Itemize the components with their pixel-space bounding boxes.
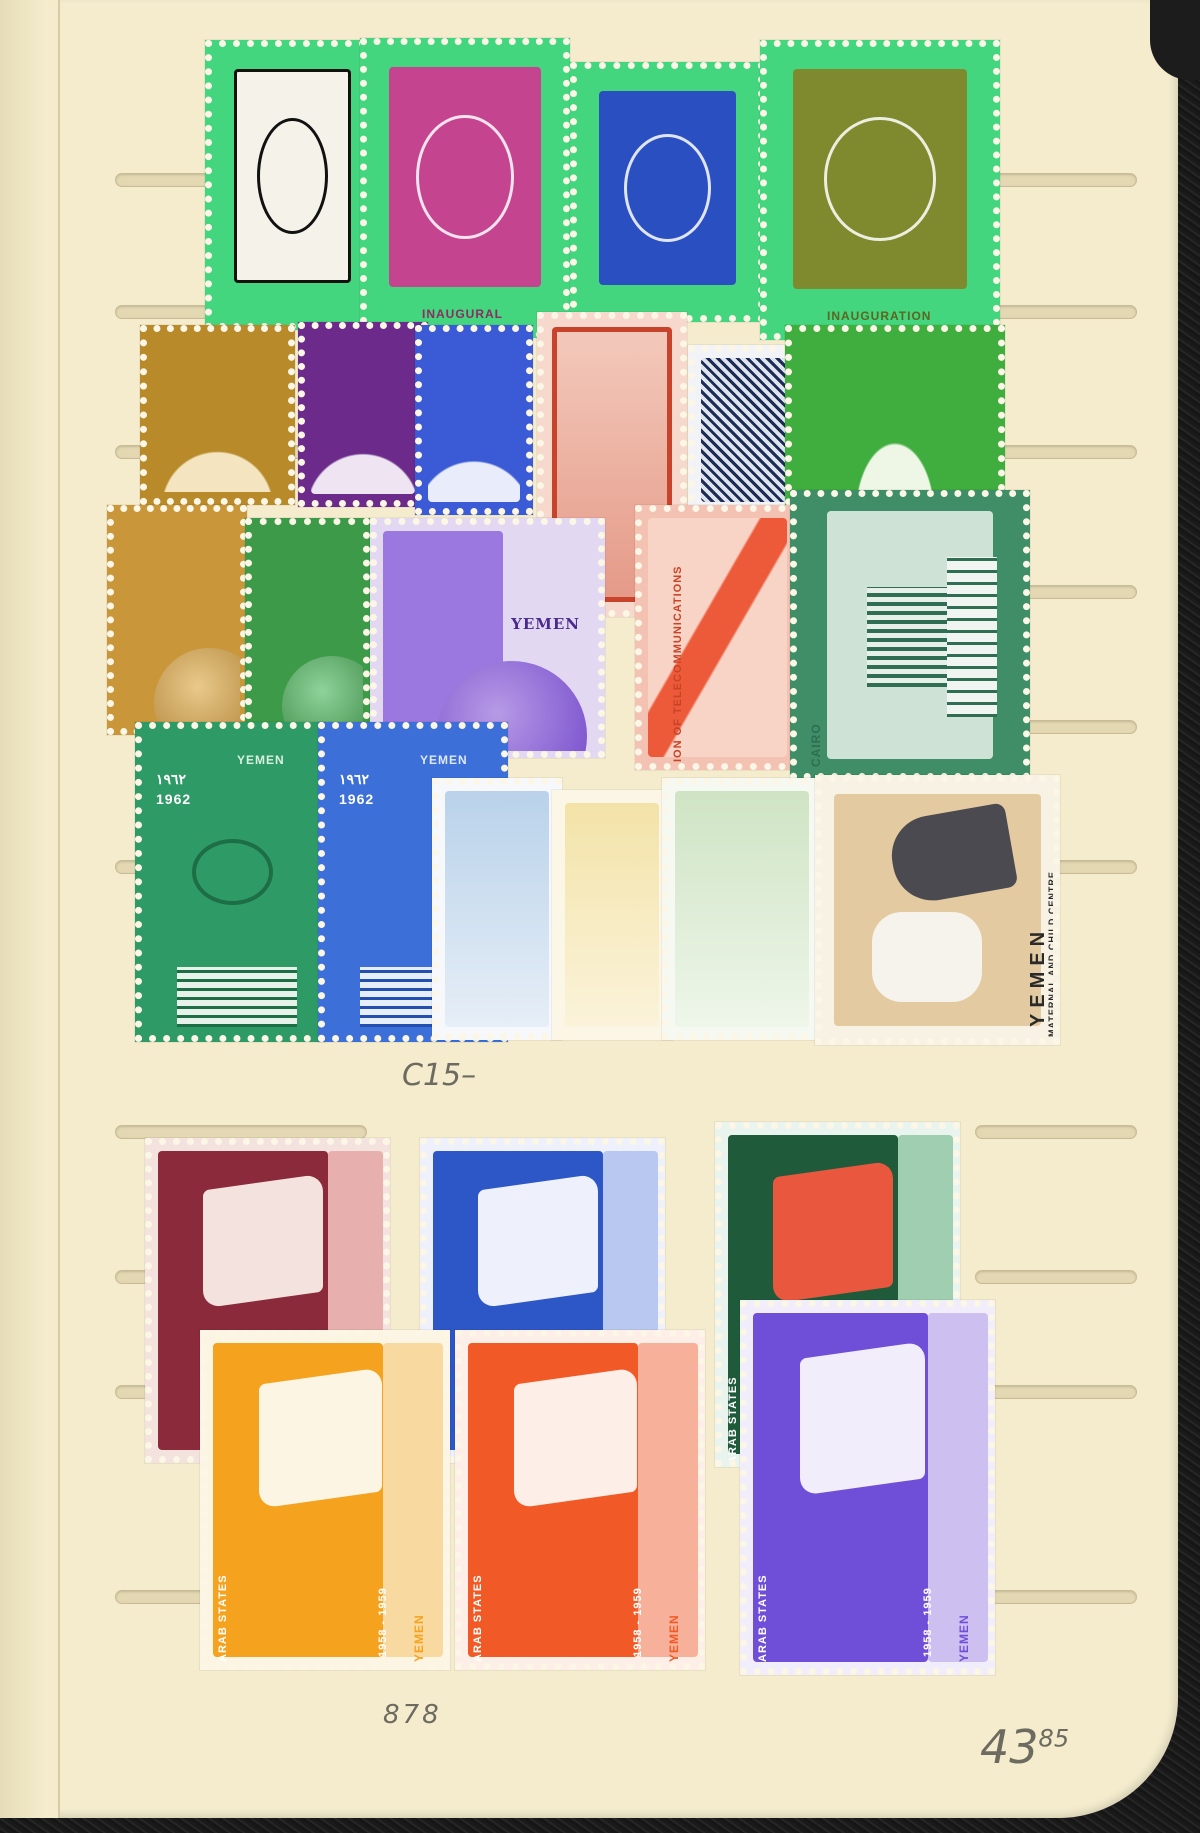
stamp-subcaption: MATERNAL AND CHILD CENTRE <box>1047 871 1057 1037</box>
stamp-inauguration-black <box>205 40 380 330</box>
mount-slot <box>115 1125 367 1139</box>
stamp-country-yemen: YEMEN <box>511 615 580 633</box>
stamp-arabesque-ochre <box>140 325 295 505</box>
stamp-inauguration-blue <box>570 62 765 322</box>
pencil-catalog-ref: C15– <box>402 1058 476 1093</box>
stamp-caption: ARAB STATES <box>757 1574 769 1662</box>
stamp-maternal-child-centre: YEMEN MATERNAL AND CHILD CENTRE <box>815 775 1060 1045</box>
stamp-years: 1958 - 1959 <box>377 1587 389 1657</box>
pencil-page-number: 878 <box>383 1700 442 1730</box>
stamp-caption: ARAB STATES <box>727 1376 739 1464</box>
stamp-year: 1962 <box>339 791 374 807</box>
stamp-years: 1958 - 1959 <box>922 1587 934 1657</box>
stamp-country-yemen: YEMEN <box>420 753 468 767</box>
stamp-years: 1958 - 1959 <box>632 1587 644 1657</box>
stamp-caption: INAUGURATION <box>827 309 931 323</box>
stamp-arab-league-1962-green: YEMEN ١٩٦٢ 1962 <box>135 722 325 1042</box>
pencil-price-cents: 85 <box>1039 1725 1070 1753</box>
pencil-price: 4385 <box>980 1720 1069 1774</box>
stamp-year-arabic: ١٩٦٢ <box>339 771 369 788</box>
pencil-price-main: 43 <box>980 1720 1039 1774</box>
stamp-maternal-green <box>662 778 822 1040</box>
stamp-arab-states-red-orange: ARAB STATES 1958 - 1959 YEMEN <box>455 1330 705 1670</box>
stamp-arabesque-purple <box>298 322 428 507</box>
stamp-arab-league-cairo: CAIRO <box>790 490 1030 780</box>
stamp-maternal-yellow <box>552 790 672 1040</box>
stamp-caption: ARAB STATES <box>217 1574 229 1662</box>
album-page: INAUGURAL INAUGURATION YEMEN ION OF TELE… <box>0 0 1178 1818</box>
stamp-maternal-blue <box>432 778 562 1040</box>
stamp-inauguration-magenta: INAUGURAL <box>360 38 570 338</box>
stamp-arabesque-blue <box>415 325 533 515</box>
stamp-arab-states-orange: ARAB STATES 1958 - 1959 YEMEN <box>200 1330 450 1670</box>
mount-slot <box>975 1270 1137 1284</box>
stamp-caption: INAUGURAL <box>422 307 503 321</box>
stamp-country-yemen: YEMEN <box>237 753 285 767</box>
stamp-arabesque-globe-ochre <box>107 505 247 735</box>
stamp-telecommunications: ION OF TELECOMMUNICATIONS <box>635 505 800 770</box>
mount-slot <box>975 1125 1137 1139</box>
page-hinge <box>0 0 60 1818</box>
mount-slot <box>975 1385 1137 1399</box>
mount-slot <box>975 1590 1137 1604</box>
stamp-arabesque-globe-green <box>245 518 370 733</box>
stamp-inauguration-olive: INAUGURATION <box>760 40 1000 340</box>
stamp-arab-states-violet: ARAB STATES 1958 - 1959 YEMEN <box>740 1300 995 1675</box>
stamp-country-yemen: YEMEN <box>667 1614 681 1662</box>
stamp-caption: ARAB STATES <box>472 1574 484 1662</box>
stamp-country-yemen: YEMEN <box>957 1614 971 1662</box>
stamp-year: 1962 <box>156 791 191 807</box>
stamp-caption: ION OF TELECOMMUNICATIONS <box>672 565 684 762</box>
stamp-caption: CAIRO <box>809 723 823 767</box>
stamp-year-arabic: ١٩٦٢ <box>156 771 186 788</box>
stamp-country-yemen: YEMEN <box>412 1614 426 1662</box>
